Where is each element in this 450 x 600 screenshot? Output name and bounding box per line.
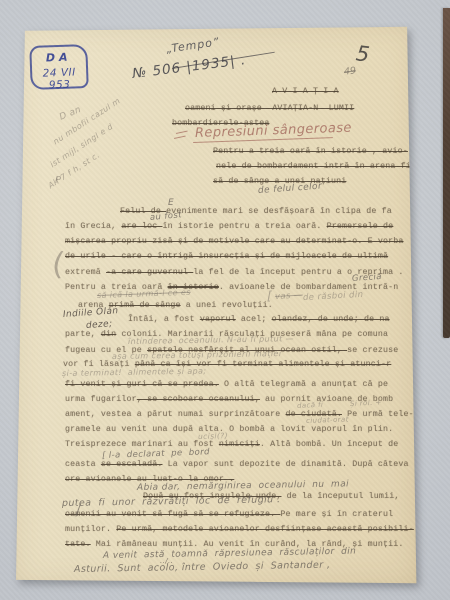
handwritten-note: Grecia — [352, 272, 383, 284]
struck-text: fi venit și guri că se predea. — [65, 380, 219, 389]
typed-line: de urile - care o întrigă insurecția și … — [65, 252, 388, 262]
typed-line: în Grecia, are loc în istorie pentru a t… — [65, 222, 393, 232]
typed-text: gramele au venit una după alta. O bombă … — [65, 425, 393, 434]
typed-text: a unei revoluții. — [181, 301, 273, 310]
handwritten-note: ../.. — [160, 557, 173, 565]
handwritten-note: Indiile Olan — [63, 306, 119, 320]
struck-text: are loc — [121, 222, 162, 231]
stamp-initials: DA — [31, 50, 85, 65]
typed-text: extremă — [65, 268, 106, 277]
handwritten-note: E — [168, 198, 174, 208]
issue-number-note: № 506 |1935| . — [131, 52, 247, 82]
typed-line: munților. Pe urmă, metodele avioanelor d… — [65, 525, 414, 535]
struck-text: nele de bombardament intră în arena fi — [216, 162, 411, 171]
struck-text: nimiciți — [219, 440, 260, 449]
crossed-out-number: 49 — [343, 65, 356, 77]
typed-line: oamenii au venit să fugă să se refugieze… — [65, 510, 393, 520]
typed-text: ament, vestea a părut numai surprinzătoa… — [65, 410, 286, 419]
typed-text: în Grecia, — [65, 222, 121, 231]
handwritten-note: Și rol. + — [350, 398, 382, 408]
pen-stroke — [176, 131, 188, 135]
handwritten-note: [ — [267, 289, 272, 303]
handwritten-note: întinderea oceanului. N-au fi putut — — [128, 334, 294, 346]
date-stamp: DA 24 VII 953 — [29, 44, 89, 90]
typed-line: gramele au venit una după alta. O bombă … — [65, 425, 393, 435]
typed-line: urma fugarilor, se scoboare oceanului, a… — [65, 395, 393, 405]
typed-text: de la începutul lumii, — [281, 492, 399, 501]
typed-text: munților. — [65, 525, 116, 534]
struck-text: Pe urmă, metodele avioanelor desființase… — [116, 525, 413, 534]
struck-text: oamenii au venit să fugă să se refugieze… — [65, 510, 280, 519]
typed-text: urma fugarilor — [65, 395, 137, 404]
handwritten-note: dacă fi — [297, 401, 324, 410]
struck-text: de urile - care o întrigă insurecția și … — [65, 252, 388, 261]
stamp-date: 24 VII 953 — [32, 66, 87, 92]
typed-line: oameni și orașe AVIAȚIA-N LUMII — [185, 104, 354, 114]
typed-line: nele de bombardament intră în arena fi — [216, 162, 411, 172]
photo-background: DA 24 VII 953 „Tempo” № 506 |1935| . 5 4… — [0, 0, 450, 600]
struck-text: oameni și orașe AVIAȚIA-N LUMII — [185, 104, 354, 113]
handwritten-note: de răsboi din — [303, 290, 364, 303]
struck-text: primă de sânge — [109, 301, 181, 310]
struck-text: -a care guvernul — [106, 268, 193, 277]
typed-line: Treisprezece marinari au fost nimiciți. … — [65, 440, 398, 450]
table-edge — [443, 8, 450, 338]
typed-line: ament, vestea a părut numai surprinzătoa… — [65, 410, 414, 420]
handwritten-note: și-a terminat! alimentele și apa; — [62, 366, 207, 378]
typed-text: ceasta — [65, 460, 101, 469]
manuscript-page: DA 24 VII 953 „Tempo” № 506 |1935| . 5 4… — [14, 24, 418, 586]
handwritten-note: ciudat-orat — [306, 416, 349, 425]
typed-text: Întâi, a fost — [128, 315, 200, 324]
handwritten-note: să ică la urmă-l ce es — [97, 288, 191, 300]
typed-text: parte, — [65, 330, 101, 339]
struck-text: mișcarea propriu zisă și de motivele car… — [65, 237, 404, 246]
typed-text: Pe urmă tele- — [342, 410, 414, 419]
handwritten-note: vas — — [275, 291, 303, 302]
pen-stroke — [174, 136, 186, 140]
paper-shadow-wrap: DA 24 VII 953 „Tempo” № 506 |1935| . 5 4… — [14, 24, 418, 586]
handwritten-note: Asturii. Sunt acolo, între Oviedo și San… — [74, 560, 331, 575]
typed-line: A V I A Ț I A — [272, 87, 339, 97]
typed-text: . Altă bombă. Un început de — [260, 440, 398, 449]
typed-text: în istorie pentru a treia oară. — [162, 222, 326, 231]
typed-text: Pe mare și în craterul — [280, 510, 393, 519]
struck-text: din — [101, 330, 116, 339]
struck-text: vaporul — [200, 315, 236, 324]
typed-line: Pentru a treia oară în istorie , avio- — [213, 147, 408, 157]
typed-line: Întâi, a fost vaporul acel; olandez, de … — [128, 315, 390, 325]
handwritten-note: uciși(?) — [198, 431, 228, 441]
typed-line: fi venit și guri că se predea. O altă te… — [65, 380, 388, 390]
handwritten-note: putea fi unor răzvrătiți loc de refugiu … — [62, 494, 281, 509]
struck-text: A V I A Ț I A — [272, 87, 339, 96]
typed-text: . avioanele de bombardament intră-n — [219, 283, 399, 292]
typed-text: acel; — [236, 315, 272, 324]
typed-text: La vapor sunt depozite de dinamită. După… — [162, 460, 408, 469]
struck-text: Premersele de — [327, 222, 394, 231]
typed-text: O altă telegramă a anunțat că pe — [219, 380, 388, 389]
struck-text: Pentru a treia oară în istorie , avio- — [213, 147, 408, 156]
struck-text: se escaladă. — [101, 460, 163, 469]
struck-text: tate. — [65, 540, 91, 549]
typed-line: mișcarea propriu zisă și de motivele car… — [65, 237, 404, 247]
publication-name-note: „Tempo” — [165, 35, 220, 55]
typed-text: evenimente mari se desfășoară în clipa d… — [166, 207, 392, 216]
handwritten-note: ( — [50, 247, 66, 283]
page-number: 5 — [355, 41, 371, 66]
struck-text: , se scoboare oceanului, — [137, 395, 260, 404]
typed-line: ceasta se escaladă. La vapor sunt depozi… — [65, 460, 409, 470]
handwritten-note: deze; — [86, 319, 113, 331]
typed-text: se crezuse — [347, 346, 398, 355]
struck-text: olandez, de unde; de na — [272, 315, 390, 324]
